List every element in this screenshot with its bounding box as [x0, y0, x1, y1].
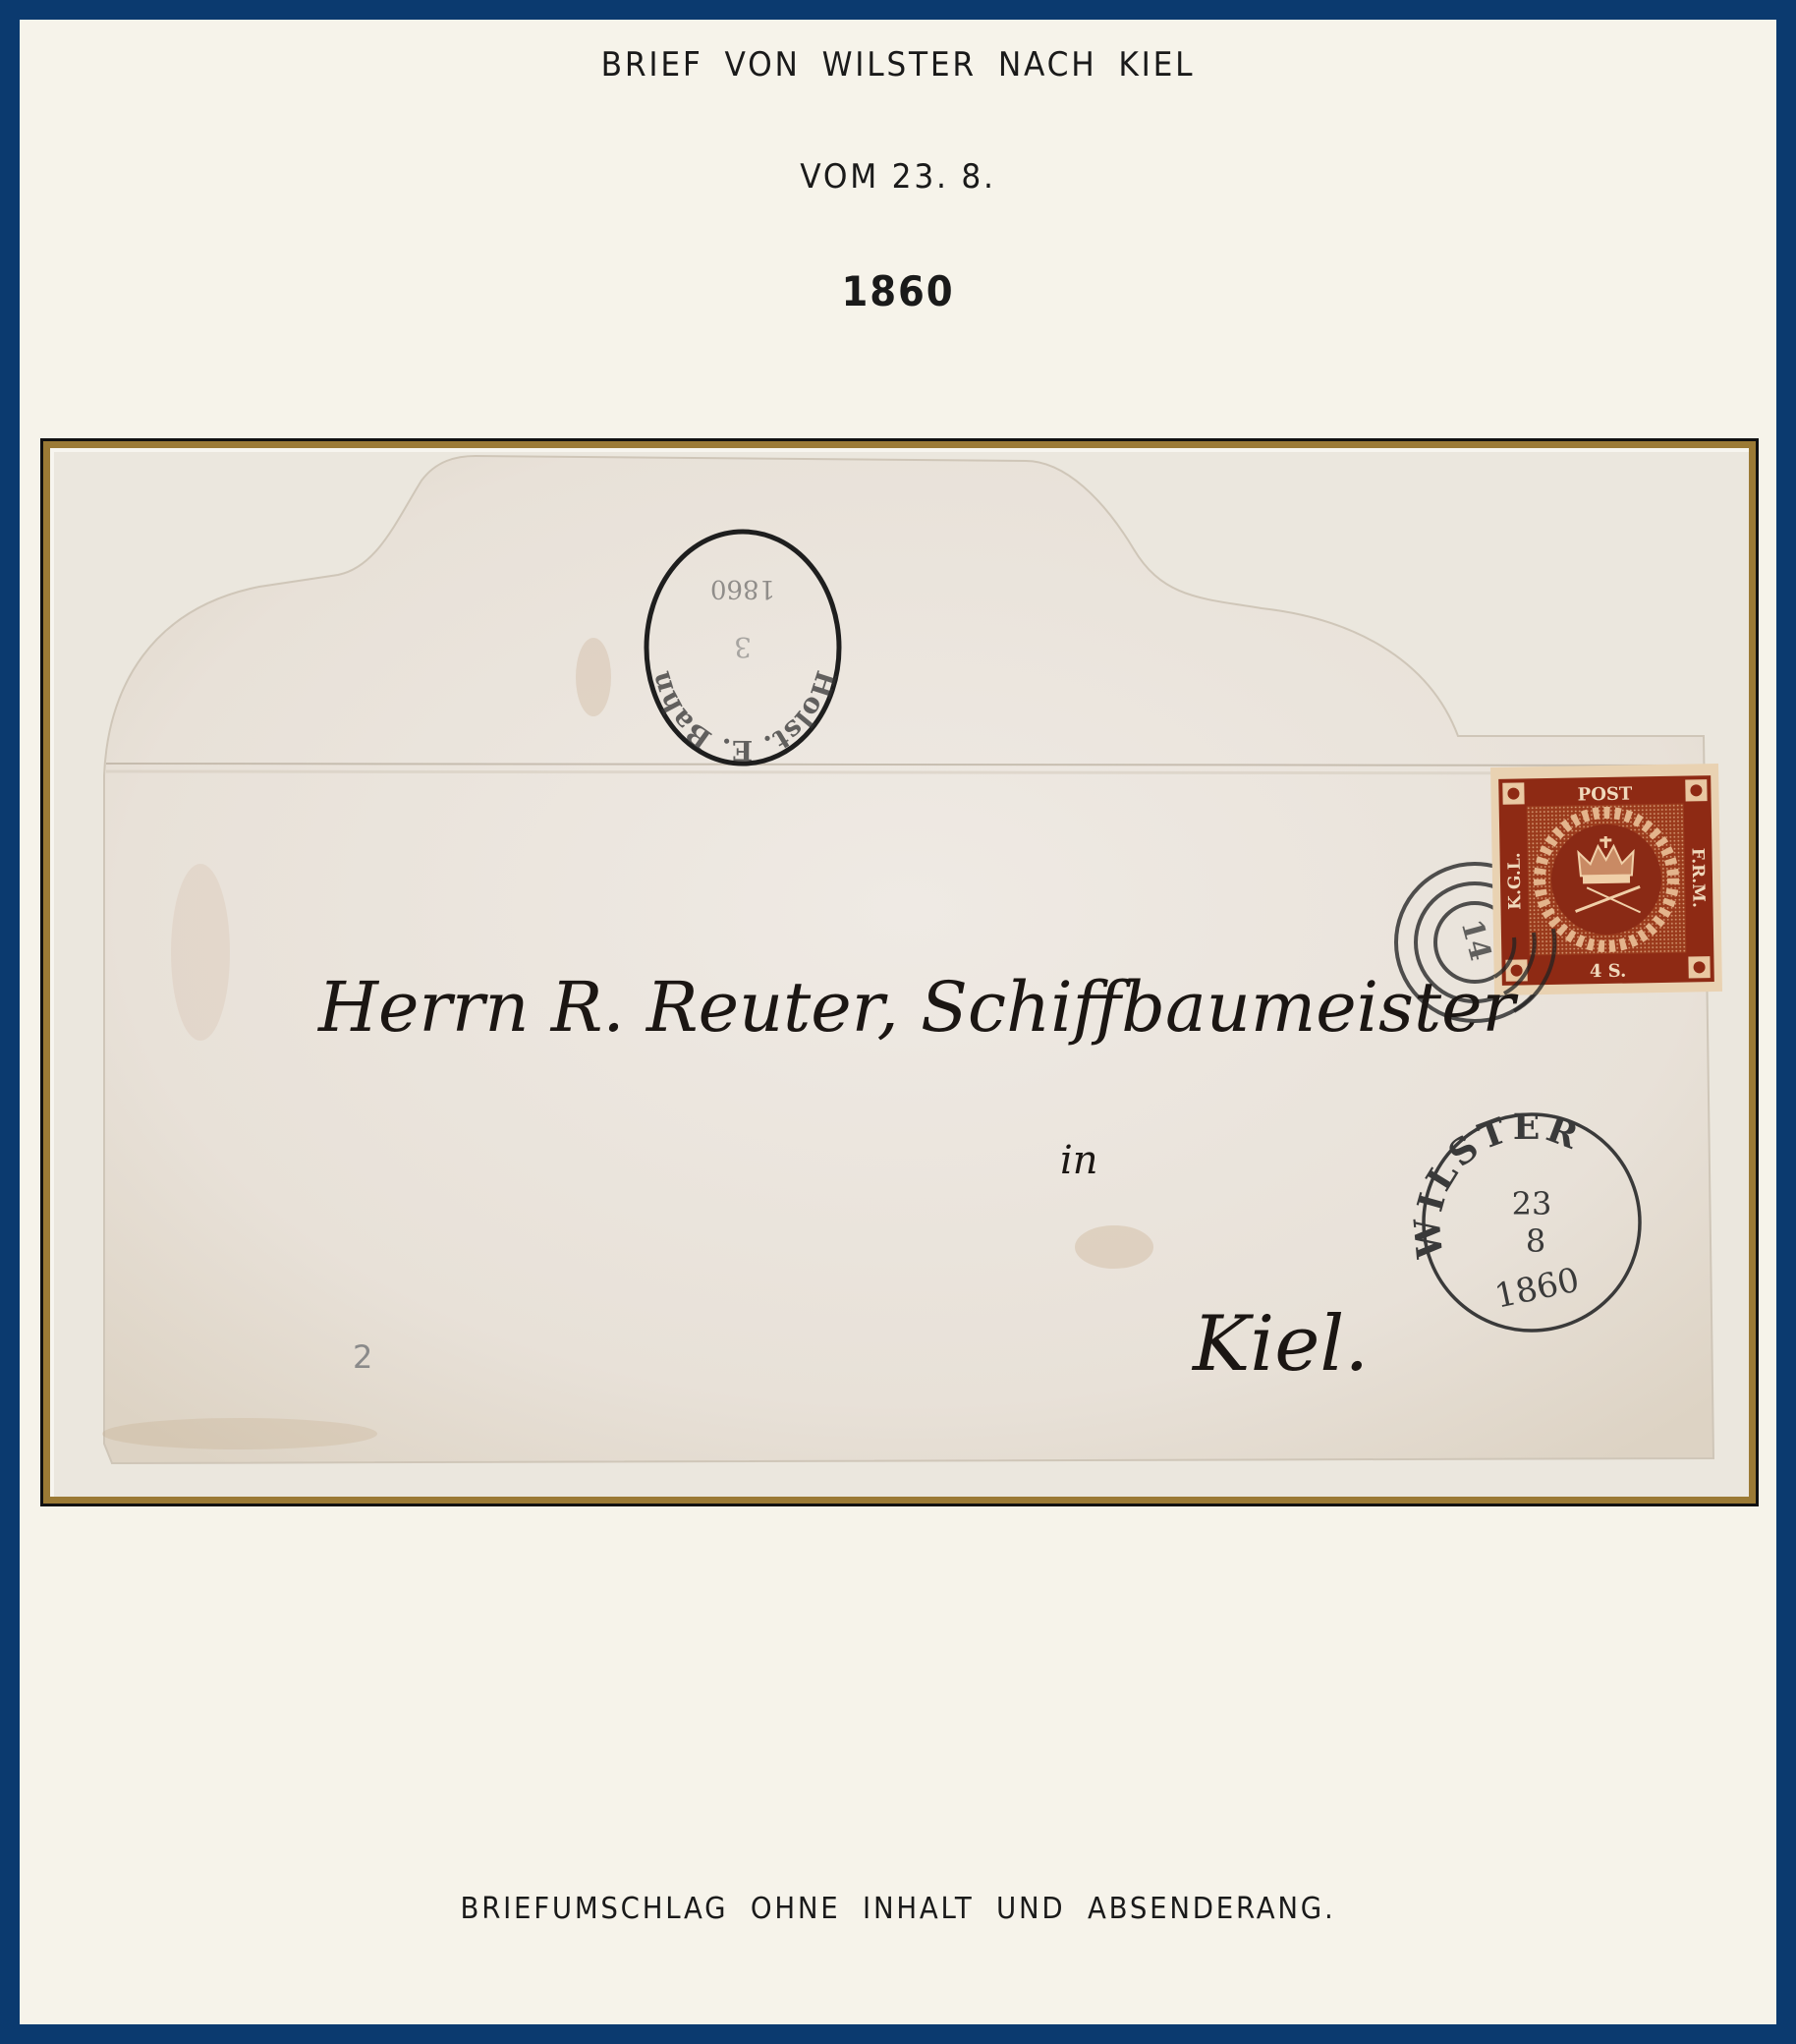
caption: BRIEFUMSCHLAG OHNE INHALT UND ABSENDERAN… — [90, 1892, 1707, 1926]
postage-stamp: POST 4 S. K.G.L. F.R.M. — [1490, 764, 1722, 995]
stamp-value: 4 S. — [1590, 961, 1627, 983]
address-line-2: in — [1060, 1138, 1098, 1183]
svg-text:23: 23 — [1512, 1185, 1552, 1222]
svg-text:1860: 1860 — [710, 574, 775, 603]
stamp-left-label: K.G.L. — [1505, 852, 1526, 910]
pencil-note: 2 — [353, 1338, 372, 1376]
stamp-top-label: POST — [1578, 783, 1634, 805]
address-line-1: Herrn R. Reuter, Schiffbaumeister — [316, 967, 1518, 1048]
address-line-3: Kiel. — [1191, 1300, 1369, 1389]
svg-text:3: 3 — [734, 631, 752, 663]
album-page: BRIEF VON WILSTER NACH KIEL VOM 23. 8. 1… — [20, 20, 1776, 2024]
page-title: BRIEF VON WILSTER NACH KIEL — [90, 45, 1707, 85]
date-line: VOM 23. 8. — [90, 157, 1707, 197]
envelope: Holst. E. Bahn 1860 3 14 — [43, 441, 1756, 1504]
svg-text:8: 8 — [1526, 1222, 1545, 1260]
stamp-right-label: F.R.M. — [1687, 848, 1708, 908]
year-line: 1860 — [90, 267, 1707, 315]
cover-mount: Holst. E. Bahn 1860 3 14 — [40, 438, 1759, 1506]
